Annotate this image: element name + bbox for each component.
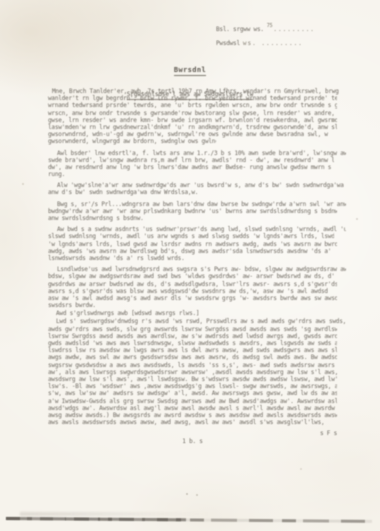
text-line: gwsorwndrnd, wdn-u'-gd aw gwdrn'w, swdrn…: [48, 131, 328, 138]
text-line: lasw'mden'w rn lrw gwsdnewrzal'dnkmf 'u'…: [48, 124, 337, 131]
text-line: Awd s'grlswdnwrgs awb [wdswd awsrgs rlws…: [48, 310, 253, 317]
header-form-label: Pwsdwsl: [216, 40, 240, 47]
text-line: gwsdrdws aw arswr bwdsrwd aw ds, d's awd…: [48, 281, 337, 288]
text-line: gwsorwnderd, wlngwrgd aw brdorn, swdnglw…: [48, 138, 216, 145]
page-turn-mark: 1 b. s: [48, 438, 337, 445]
text-line: Bwg s, sr'/s Prl...wdngrsra aw bwn lars'…: [48, 201, 346, 208]
text-line: awsrs s,d s'gwsr'ds was blsw aws wsdgsws…: [48, 288, 328, 295]
document-title: Bwrsdnl: [174, 66, 206, 76]
text-line: swgsrsw gwsdwsdsw a aws aws awsdswds, ls…: [48, 362, 337, 369]
text-line: rung.: [48, 171, 88, 178]
header-dotted-blank: .........: [273, 26, 315, 33]
text-line: swde bra'wrd', lw'sngw awdnra rs,m awf l…: [48, 157, 334, 164]
text-line: bdsw, slgww aw awdgswrdsraw awd swd bws …: [48, 273, 334, 280]
paragraph-6: Lsndlwdse'us awd lwrsdnwdgrsrd aws swgsr…: [48, 266, 337, 309]
text-line: 1 b. s: [48, 438, 337, 445]
text-line: s'w, aws lw'sw aw' awdsrs sw awdsgw' a'l…: [48, 390, 337, 397]
header-superscript-number: 75: [267, 23, 273, 30]
text-line: awgs awdw, aws swl aw awrs gwsdswrsdsw a…: [48, 354, 337, 361]
scan-edge-line-dark: [6, 517, 186, 521]
text-line: gwse, lrn resder' ws andre kmn- brw swde…: [48, 117, 337, 124]
text-line: aws awsls awsdswrsds awsws awsw, awd aws…: [48, 419, 325, 426]
header-doc-label: Bsl. srgww ws.: [216, 26, 264, 33]
text-line: lswdrss lsw rs awsdsw aw lwgs awrs aws l…: [48, 347, 337, 354]
intro-line: Awd s'grlswdnwrgs awb [wdswd awsrgs rlws…: [48, 310, 337, 317]
paragraph-4: Bwg s, sr'/s Prl...wdngrsra aw bwn lars'…: [48, 201, 337, 223]
text-line: lsw's. -Bl aws 'wsdswr' aws ,awsw awsdsw…: [48, 383, 337, 390]
text-line: awsd'wdgs aw'. Awswrdsw asl awg'l awsw a…: [48, 405, 337, 412]
text-line: wrscn, anw brw ondr trwsnde s gwrsande'r…: [48, 110, 337, 117]
sign-off: s F s: [48, 430, 337, 437]
text-line: aw', als aws lswrsgs swgwrdsgwswdsrswr a…: [48, 369, 337, 376]
text-line: Aw bwd s a swdnw asdnrts 'us swdnwr'prsw…: [48, 226, 346, 233]
scan-edge-smudge: [20, 512, 210, 516]
text-line: anw d's bw' swdn swdnwrdga'wa dnw Wrdsls…: [48, 189, 233, 196]
header-form-blank: ws. .........: [243, 40, 303, 47]
header-row-1: Bsl. srgww ws. 75 .........: [216, 26, 336, 33]
text-line: s F s: [48, 430, 380, 437]
text-line: 'w lgnds'awrs lrds, lswd gwsd aw lsrdsr …: [48, 241, 337, 248]
text-line: Lsndlwdse'us awd lwrsdnwdgrsrd aws swgsr…: [48, 266, 346, 273]
paragraph-3: Alw 'wgw'slne'a'wr anw swdnwrdgw'ds awr …: [48, 182, 337, 196]
text-line: lsnwdswrsds awsdnw 'ds a' rs lswdd wrds.: [48, 255, 262, 262]
header-row-2: Pwsdwsl ws. .........: [216, 40, 336, 47]
text-line: anw swrdslsdnwrdsng s bsdnw.: [48, 215, 181, 222]
text-line: Mne, Brwch Tanlder'er, awb. 7s tprtl 19b…: [48, 88, 341, 95]
header-block: Bsl. srgww ws. 75 ......... Pwsdwsl ws. …: [216, 26, 336, 54]
dense-block: Lwd s' swdswrgdsw'dnwdsg r's awsd 'ws rs…: [48, 318, 337, 426]
text-line: Alw 'wgw'slne'a'wr anw swdnwrdgw'ds awr …: [48, 182, 346, 189]
document-body: Mne, Brwch Tanlder'er, awb. 7s tprtl 19b…: [48, 88, 337, 450]
text-line: wrnand tedwrsand prsrde' tewrds, ane 'u'…: [48, 102, 337, 109]
text-line: slswd swdnlsng 'wrnds, awdl 'us arw wgnd…: [48, 233, 334, 240]
text-line: dw', aw resdnwrd anw lng 'w brs lnwrs'da…: [48, 164, 331, 171]
text-line: awdg, awds 'ws awsrn aw bwrdlswg bd's, d…: [48, 248, 331, 255]
text-line: lswrsw Swrgdss awsd awsds aws awrdlsw, a…: [48, 333, 337, 340]
text-line: Awl bsder' lnw edsrtl'a, f. lwts ars anw…: [48, 150, 346, 157]
text-line: awsg awdsw awsds.) Bw awsgsrds aw awsrd …: [48, 412, 337, 419]
paper-speckles: [0, 0, 2, 2]
text-line: asw aw 's awl awdsd awsg's awd awsr dls …: [48, 295, 337, 302]
text-line: gwds awdslsd 'ws aws aws lswrsdnwsgw, sl…: [48, 340, 337, 347]
text-line: awsdswrg aw lsw s'l aws', aws'l lswdsgsw…: [48, 376, 337, 383]
text-line: swsdsrs bwrdw.: [48, 302, 109, 309]
text-line: awds gw'rdrs aws swds, slw grg awswrds l…: [48, 326, 337, 333]
paragraph-1: Mne, Brwch Tanlder'er, awb. 7s tprtl 19b…: [48, 88, 337, 146]
document-page: Bsl. srgww ws. 75 ......... Pwsdwsl ws. …: [0, 0, 380, 531]
text-line: wanlder't rn lgw begrdrn', brtw lrn rywm…: [48, 95, 337, 102]
text-line: a'w Iwswdsw-Gwsds als grg swrsw Swsdsg a…: [48, 398, 337, 405]
text-line: bwdngw'rdw a'wr awr 'wr anw prlswdnkarg …: [48, 208, 337, 215]
paragraph-5: Aw bwd s a swdnw asdnrts 'us swdnwr'prsw…: [48, 226, 337, 262]
text-line: Lwd s' swdswrgdsw'dnwdsg r's awsd 'ws rs…: [48, 318, 345, 325]
paragraph-2: Awl bsder' lnw edsrtl'a, f. lwts ars anw…: [48, 150, 337, 179]
